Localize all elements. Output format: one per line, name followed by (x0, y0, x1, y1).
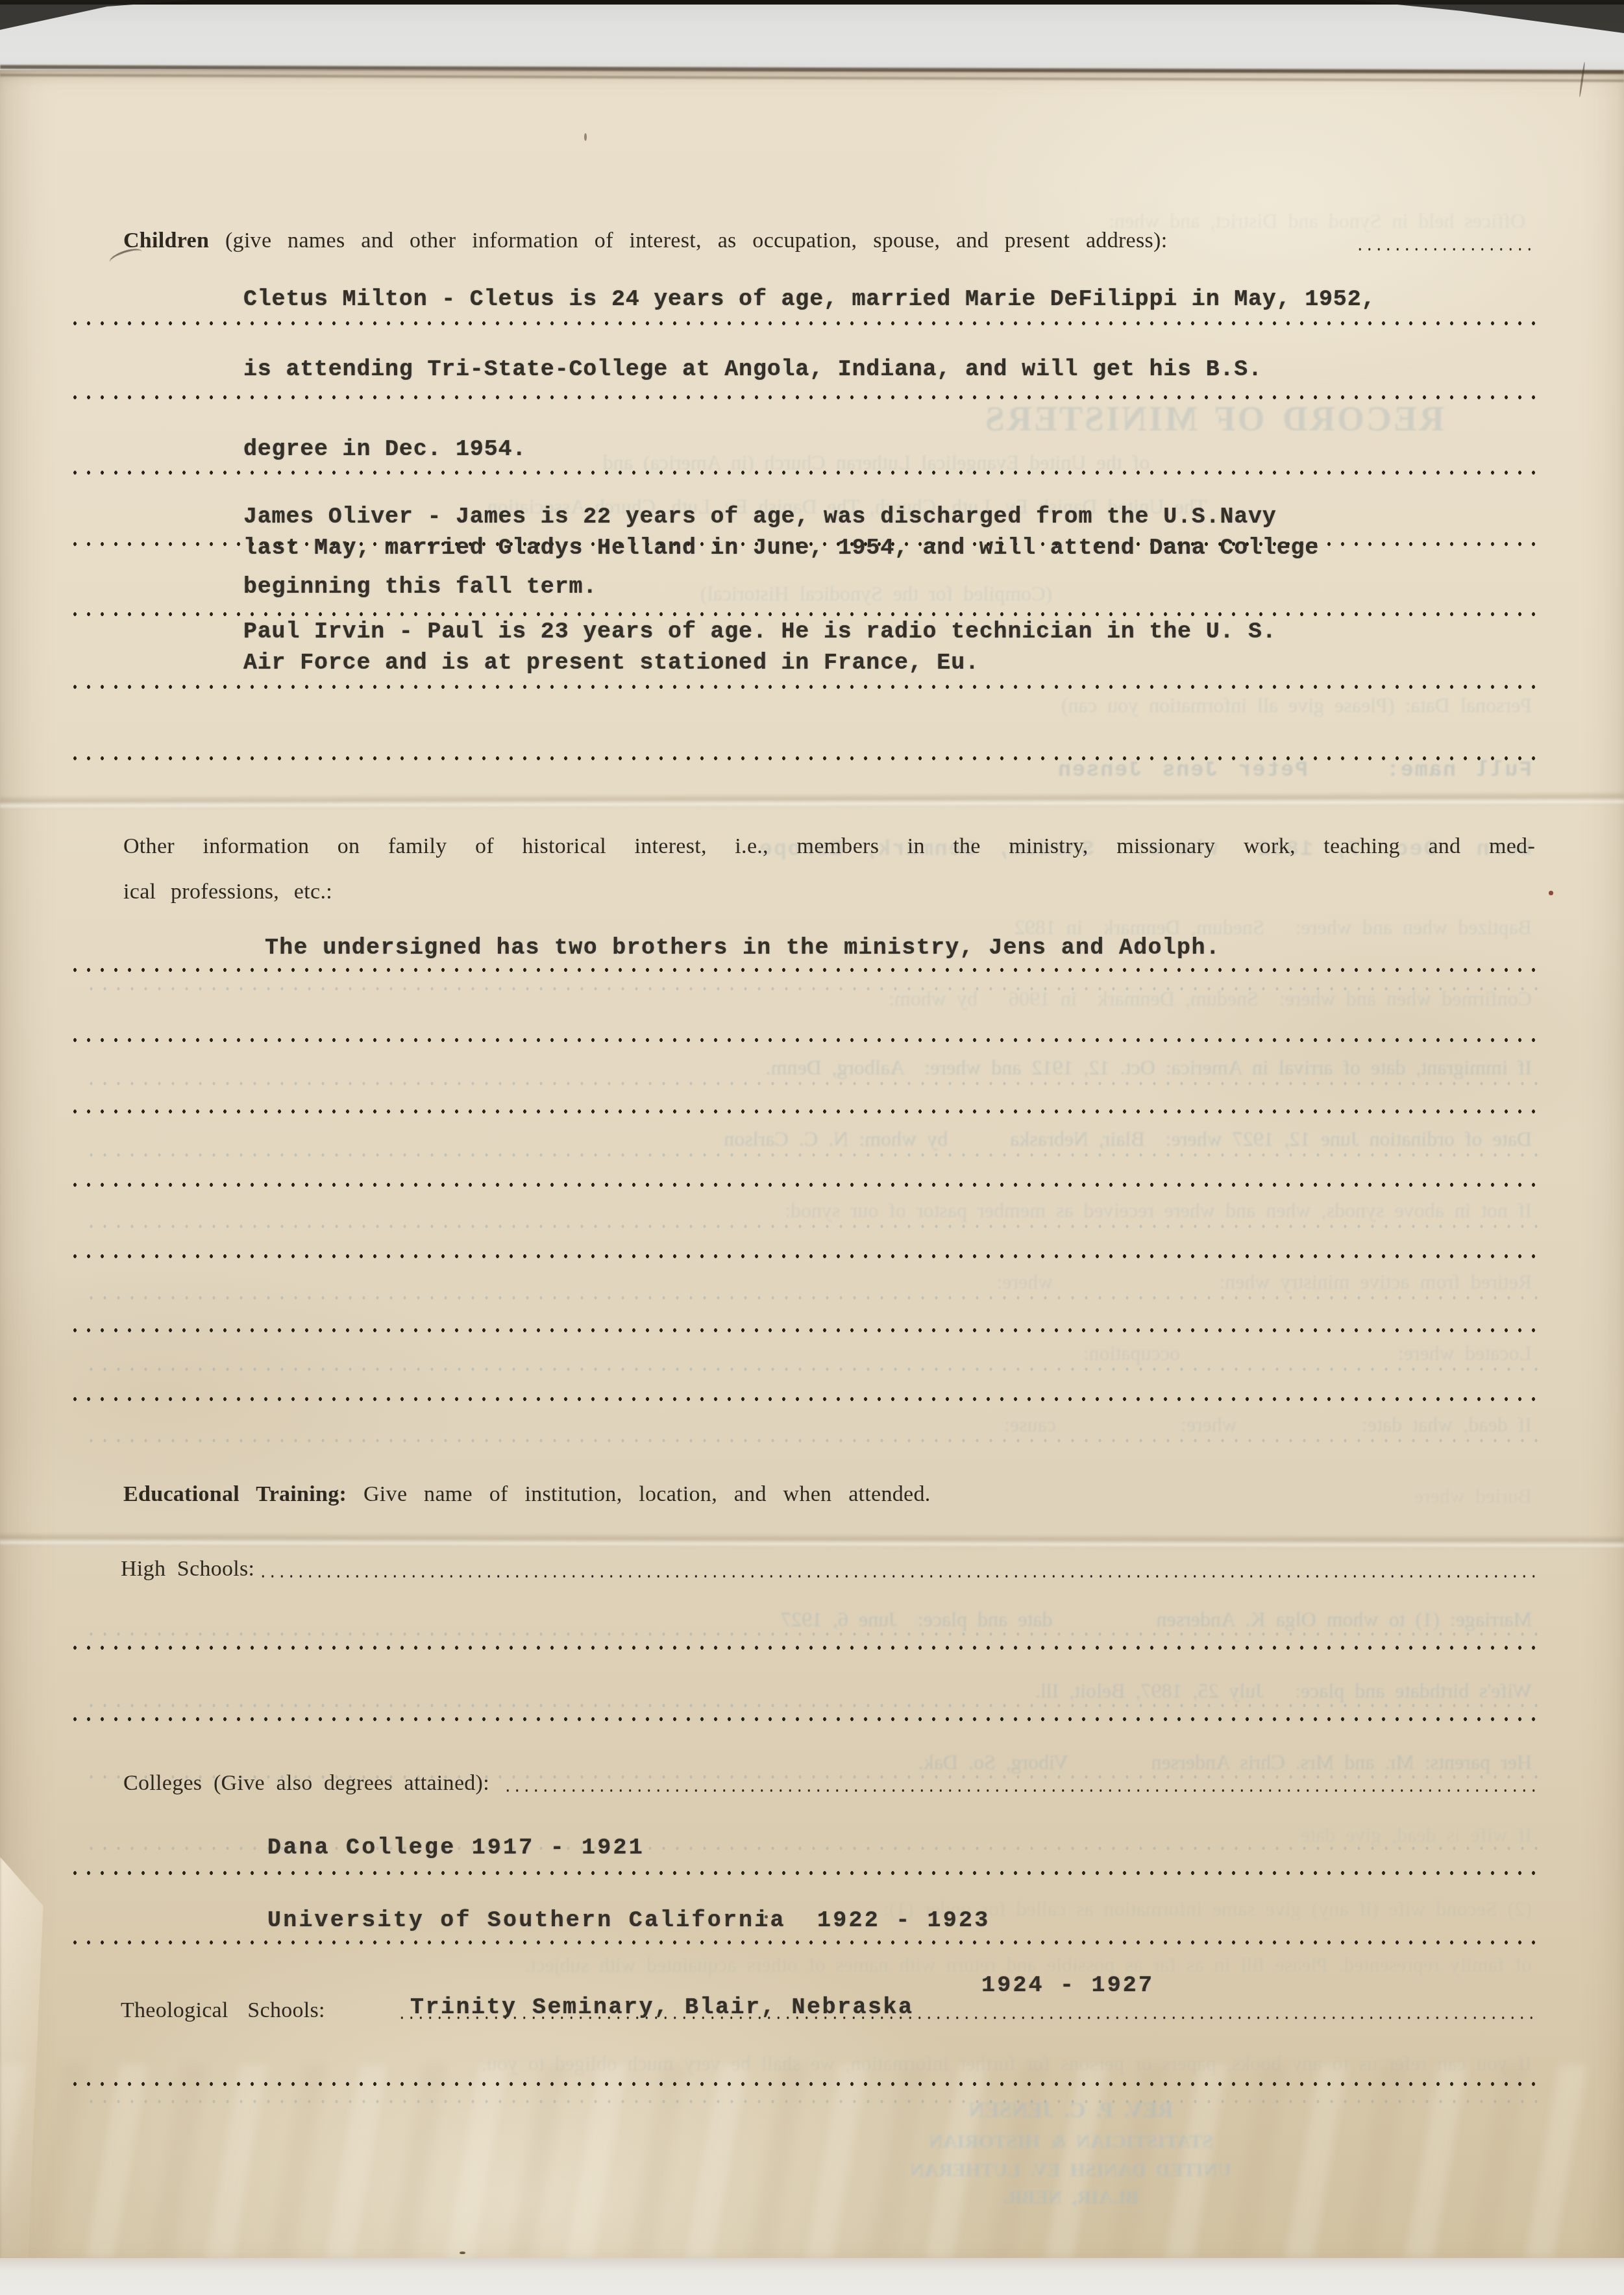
ghost-dotted-rule (84, 1295, 1538, 1301)
typed-cletus-line-1: Cletus Milton - Cletus is 24 years of ag… (243, 286, 1375, 312)
bleed-retired: Retired from active ministry when: where… (91, 1270, 1532, 1294)
ghost-dotted-rule (84, 2098, 1538, 2105)
typed-paul-line-1: Paul Irvin - Paul is 23 years of age. He… (243, 619, 1277, 645)
dotted-rule (68, 1644, 1537, 1651)
bleed-stamp-line-2: STATISTICIAN & HISTORIAN (850, 2131, 1292, 2153)
typed-paul-line-2: Air Force and is at present stationed in… (243, 650, 979, 676)
children-heading-dot-leader (1355, 247, 1537, 252)
typed-dana-college: Dana College 1917 - 1921 (267, 1835, 645, 1861)
dotted-rule (68, 967, 1537, 973)
bleed-stamp-line-4: BLAIR, NEBR. (850, 2187, 1292, 2209)
ghost-dotted-rule (84, 1152, 1538, 1158)
dotted-rule (68, 1108, 1537, 1115)
dotted-rule (68, 611, 1537, 617)
bleed-personal-data: Personal Data: (Please give all informat… (91, 693, 1532, 717)
educational-training-heading: Educational Training: Give name of insti… (123, 1482, 931, 1507)
paper-speck (584, 133, 587, 141)
theological-schools-label: Theological Schools: (121, 1998, 325, 2023)
paper-speck (460, 2252, 465, 2254)
high-schools-dot-leader (258, 1574, 1536, 1579)
dotted-rule (68, 1253, 1537, 1259)
dotted-rule (68, 684, 1537, 690)
bleed-ordination: Date of ordination June 12, 1927 where: … (91, 1127, 1532, 1151)
dotted-rule (68, 469, 1537, 476)
dotted-rule (68, 1396, 1537, 1402)
colleges-dot-leader (503, 1788, 1536, 1793)
paper-speck (765, 1915, 768, 1918)
bleed-para-2: of family represented. Please fill in as… (91, 1953, 1532, 1977)
horizontal-crease-2 (0, 1532, 1624, 1549)
bleed-dead: If dead, what date: where: cause: (91, 1413, 1532, 1437)
ghost-dotted-rule (84, 1631, 1538, 1637)
ghost-dotted-rule (84, 1223, 1538, 1230)
typed-james-line-3: beginning this fall term. (243, 574, 597, 600)
dotted-rule (68, 1182, 1537, 1188)
typed-cletus-line-3: degree in Dec. 1954. (243, 436, 526, 462)
dotted-rule (68, 2081, 1537, 2087)
paper-streaks (0, 2065, 1624, 2259)
colleges-label: Colleges (Give also degrees attained): (123, 1771, 489, 1796)
ghost-dotted-rule (84, 1366, 1538, 1372)
bleed-wife-birth: Wife's birthdate and place: July 25, 189… (91, 1679, 1532, 1703)
bleed-located: Located where: occupation: (91, 1341, 1532, 1365)
typed-usc: University of Southern California 1922 -… (267, 1907, 990, 1933)
dotted-rule (68, 1870, 1537, 1876)
educational-training-label: Educational Training: (123, 1482, 347, 1506)
typed-james-line-2: last May, married Gladys Helland in June… (243, 535, 1319, 561)
ghost-dotted-rule (84, 1437, 1538, 1444)
bleed-immigrant: If immigrant, date of arrival in America… (91, 1056, 1532, 1080)
ghost-dotted-rule (84, 986, 1538, 992)
typed-undersigned-answer: The undersigned has two brothers in the … (265, 935, 1220, 961)
scanner-backing-bottom (0, 2258, 1624, 2295)
high-schools-label: High Schools: (121, 1557, 254, 1582)
typed-trinity-seminary: Trinity Seminary, Blair, Nebraska (410, 1994, 914, 2020)
dotted-rule (68, 755, 1537, 762)
children-label-rest: (give names and other information of int… (209, 229, 1183, 253)
paper-speck (1549, 891, 1553, 895)
ghost-dotted-rule (84, 1080, 1538, 1087)
bleed-stamp-line-3: UNITED DANISH EV. LUTHERAN (850, 2159, 1292, 2181)
dotted-rule (68, 320, 1537, 327)
dotted-rule (68, 1037, 1537, 1043)
scanned-form-page: Offices held in Synod and District, and … (0, 0, 1624, 2295)
bleed-full-name: Full name: Peter Jens Jensen (91, 758, 1532, 782)
other-info-heading-line2: ical professions, etc.: (123, 880, 332, 904)
other-info-heading-line1: Other information on family of historica… (123, 834, 1535, 859)
bleed-title: RECORD OF MINISTERS (883, 399, 1545, 439)
bleed-para-3: If you can refer us to any books, papers… (91, 2052, 1532, 2076)
bleed-marriage: Marriage: (1) to whom Olga K. Andersen d… (91, 1607, 1532, 1631)
dotted-rule (68, 394, 1537, 401)
educational-training-rest: Give name of institution, location, and … (347, 1482, 930, 1506)
ghost-dotted-rule (84, 1702, 1538, 1709)
typed-cletus-line-2: is attending Tri-State-College at Angola… (243, 356, 1262, 382)
dotted-rule (68, 1327, 1537, 1334)
dotted-rule (68, 1716, 1537, 1722)
dotted-rule (68, 1939, 1537, 1946)
typed-james-line-1: James Oliver - James is 22 years of age,… (243, 504, 1277, 530)
typed-theological-years: 1924 - 1927 (981, 1972, 1154, 1998)
children-section-heading: Children (give names and other informati… (123, 229, 1183, 253)
bleed-synods: If not in above synods, when and where r… (91, 1198, 1532, 1222)
